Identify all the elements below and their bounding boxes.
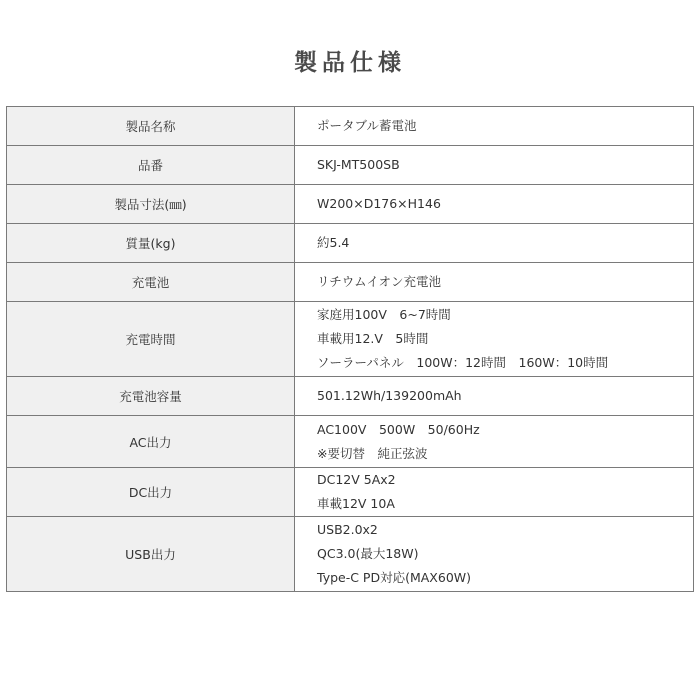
row-value: USB2.0x2 QC3.0(最大18W) Type-C PD対応(MAX60W… [295, 517, 694, 592]
value-line: QC3.0(最大18W) [317, 542, 693, 566]
value-line: USB2.0x2 [317, 518, 693, 542]
row-label: DC出力 [7, 468, 295, 517]
row-label: 品番 [7, 146, 295, 185]
table-row: 質量(kg) 約5.4 [7, 224, 694, 263]
table-row: 品番 SKJ-MT500SB [7, 146, 694, 185]
value-line: 車載用12.V 5時間 [317, 327, 693, 351]
row-label: 製品名称 [7, 107, 295, 146]
row-label: 充電時間 [7, 302, 295, 377]
value-line: SKJ-MT500SB [317, 153, 693, 177]
table-row: DC出力 DC12V 5Ax2 車載12V 10A [7, 468, 694, 517]
row-value: SKJ-MT500SB [295, 146, 694, 185]
table-row: 製品寸法(㎜) W200×D176×H146 [7, 185, 694, 224]
row-label: 質量(kg) [7, 224, 295, 263]
table-row: AC出力 AC100V 500W 50/60Hz ※要切替 純正弦波 [7, 416, 694, 468]
row-value: 約5.4 [295, 224, 694, 263]
value-line: Type-C PD対応(MAX60W) [317, 566, 693, 590]
page-title: 製品仕様 [0, 44, 700, 77]
table-row: 充電池容量 501.12Wh/139200mAh [7, 377, 694, 416]
value-line: 家庭用100V 6~7時間 [317, 303, 693, 327]
row-value: W200×D176×H146 [295, 185, 694, 224]
value-line: 501.12Wh/139200mAh [317, 384, 693, 408]
value-line: ソーラーパネル 100W：12時間 160W：10時間 [317, 351, 693, 375]
row-label: USB出力 [7, 517, 295, 592]
table-row: 充電時間 家庭用100V 6~7時間 車載用12.V 5時間 ソーラーパネル 1… [7, 302, 694, 377]
value-line: ポータブル蓄電池 [317, 114, 693, 138]
value-line: 約5.4 [317, 231, 693, 255]
row-label: AC出力 [7, 416, 295, 468]
value-line: DC12V 5Ax2 [317, 468, 693, 492]
row-value: 家庭用100V 6~7時間 車載用12.V 5時間 ソーラーパネル 100W：1… [295, 302, 694, 377]
spec-table-body: 製品名称 ポータブル蓄電池 品番 SKJ-MT500SB 製品寸法(㎜) W20… [7, 107, 694, 592]
value-line: リチウムイオン充電池 [317, 270, 693, 294]
table-row: 製品名称 ポータブル蓄電池 [7, 107, 694, 146]
value-line: 車載12V 10A [317, 492, 693, 516]
row-label: 充電池容量 [7, 377, 295, 416]
value-line: ※要切替 純正弦波 [317, 442, 693, 466]
row-value: 501.12Wh/139200mAh [295, 377, 694, 416]
row-value: リチウムイオン充電池 [295, 263, 694, 302]
spec-page: 製品仕様 製品名称 ポータブル蓄電池 品番 SKJ-MT500SB 製品寸法(㎜… [0, 0, 700, 700]
value-line: AC100V 500W 50/60Hz [317, 418, 693, 442]
row-label: 製品寸法(㎜) [7, 185, 295, 224]
row-value: AC100V 500W 50/60Hz ※要切替 純正弦波 [295, 416, 694, 468]
table-row: USB出力 USB2.0x2 QC3.0(最大18W) Type-C PD対応(… [7, 517, 694, 592]
row-value: DC12V 5Ax2 車載12V 10A [295, 468, 694, 517]
value-line: W200×D176×H146 [317, 192, 693, 216]
table-row: 充電池 リチウムイオン充電池 [7, 263, 694, 302]
row-value: ポータブル蓄電池 [295, 107, 694, 146]
row-label: 充電池 [7, 263, 295, 302]
spec-table: 製品名称 ポータブル蓄電池 品番 SKJ-MT500SB 製品寸法(㎜) W20… [6, 106, 694, 592]
